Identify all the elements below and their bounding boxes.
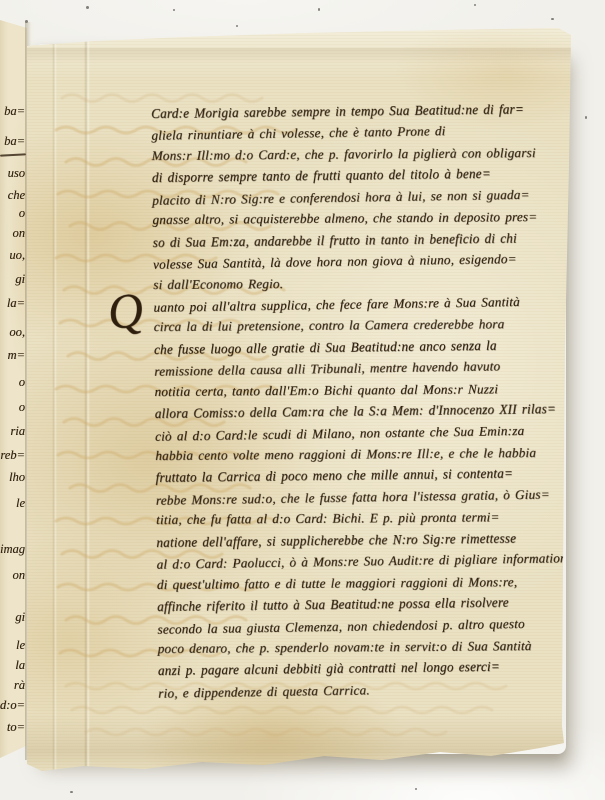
dust-speck: [86, 6, 89, 9]
page-fragment: le: [16, 496, 25, 510]
page-fragment: gi: [15, 610, 25, 624]
page-fragment: rà: [14, 678, 25, 692]
manuscript-scan: ba= ba= uso che o on uo, gi la= oo, m= o…: [0, 0, 605, 800]
page-fragment: on: [13, 568, 26, 582]
dust-speck: [236, 25, 238, 27]
page-fragment: to=: [7, 720, 25, 734]
drop-cap-initial: Q: [104, 284, 147, 338]
page-fragment: on: [13, 226, 26, 240]
dust-speck: [474, 4, 476, 6]
text-line: habbia cento volte meno raggioni di Mons…: [155, 442, 591, 467]
page-fragment: ba=: [4, 134, 25, 148]
text-line: circa la di lui pretensione, contro la C…: [154, 313, 590, 338]
text-line: gnasse altro, si acquisterebbe almeno, c…: [152, 206, 588, 231]
page-fragment: reb=: [0, 448, 25, 462]
paragraph: Card:e Morigia sarebbe sempre in tempo S…: [151, 98, 589, 296]
page-fragment: uo,: [9, 248, 25, 262]
underline-flourish: [0, 153, 26, 156]
text-line: titia, che fu fatta al d:o Card: Bichi. …: [156, 506, 592, 531]
text-line: di quest'ultimo fatto e di tutte le magg…: [157, 570, 593, 595]
page-fragment: uso: [8, 166, 25, 180]
page-fragment: lho: [9, 470, 25, 484]
dust-speck: [585, 116, 587, 119]
dust-speck: [551, 18, 554, 20]
text-block: Card:e Morigia sarebbe sempre in tempo S…: [151, 98, 594, 704]
dust-speck: [70, 791, 73, 793]
page-fragment: la=: [7, 296, 25, 310]
page-fragment: le: [16, 638, 25, 652]
manuscript-page: Card:e Morigia sarebbe sempre in tempo S…: [26, 26, 572, 774]
page-fragment: ba=: [4, 104, 25, 118]
adjacent-page-edge: ba= ba= uso che o on uo, gi la= oo, m= o…: [0, 20, 28, 762]
text-line: notitia certa, tanto dall'Em:o Bichi qua…: [154, 377, 590, 402]
page-fragment: gi: [15, 272, 25, 286]
page-fragment: ria: [10, 424, 25, 438]
page-fragment: m=: [8, 348, 25, 362]
text-line: Mons:r Ill:mo d:o Card:e, che p. favorir…: [152, 141, 588, 166]
page-fragment: oo,: [9, 325, 25, 339]
dust-speck: [415, 788, 417, 790]
text-line: poco denaro, che p. spenderlo novam:te i…: [158, 635, 594, 660]
dust-speck: [173, 9, 175, 11]
paragraph: Q uanto poi all'altra supplica, che fece…: [153, 291, 594, 704]
page-fragment: d:o=: [0, 698, 25, 712]
page-fragment: la: [15, 658, 25, 672]
page-fragment: imag: [0, 542, 25, 556]
page-fragment: che: [8, 188, 25, 202]
dust-speck: [318, 8, 320, 11]
